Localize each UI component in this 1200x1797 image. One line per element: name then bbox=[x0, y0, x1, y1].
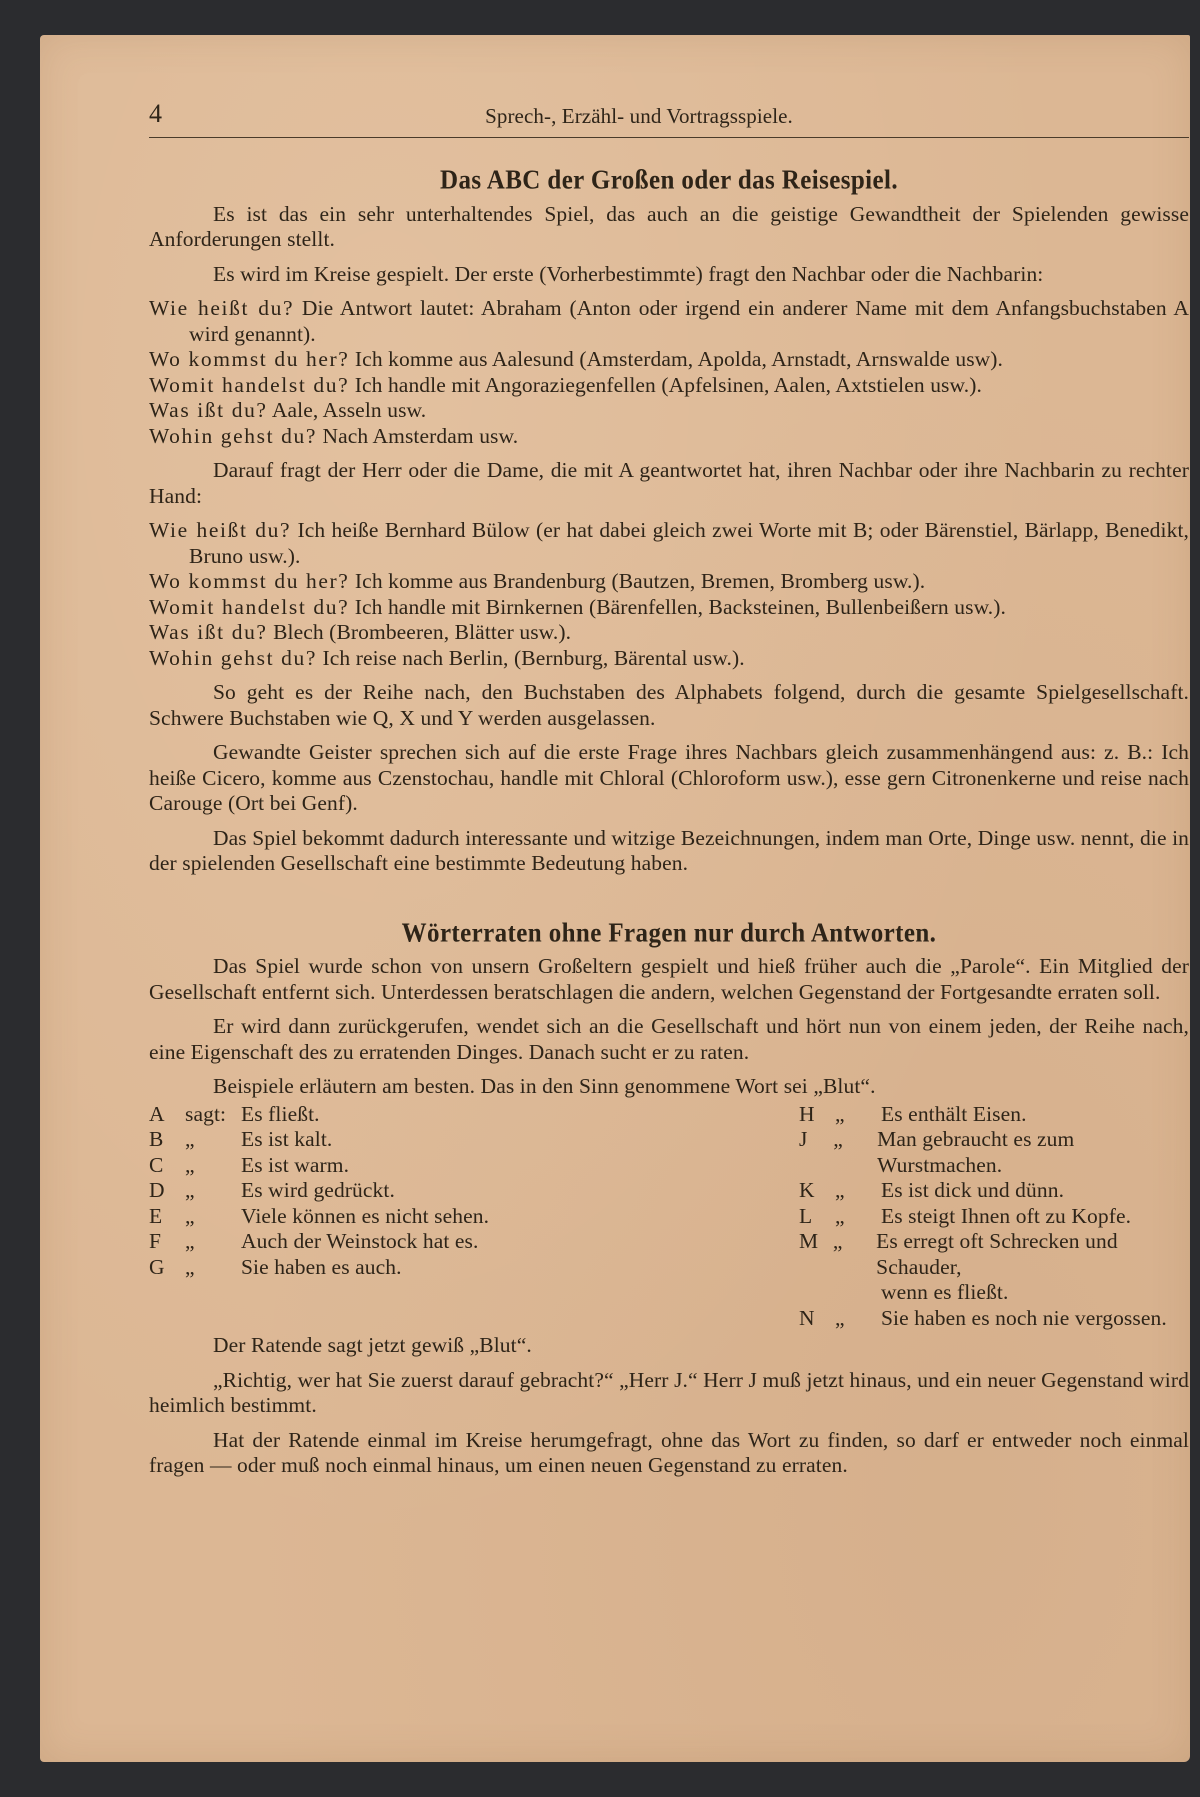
examples-right-column: H„Es enthält Eisen. J„Man gebraucht es z… bbox=[669, 1102, 1189, 1332]
question: Wo kommst du her? bbox=[149, 347, 349, 371]
book-page: 4 Sprech-, Erzähl- und Vortragsspiele. D… bbox=[40, 35, 1190, 1762]
example-row: B„Es ist kalt. bbox=[149, 1127, 669, 1153]
example-letter: A bbox=[149, 1102, 185, 1128]
example-row: D„Es wird gedrückt. bbox=[149, 1178, 669, 1204]
example-row: G„Sie haben es auch. bbox=[149, 1255, 669, 1281]
example-row: L„Es steigt Ihnen oft zu Kopfe. bbox=[799, 1204, 1189, 1230]
qa-item: Was ißt du? Aale, Asseln usw. bbox=[149, 398, 1189, 424]
answer: Ich heiße Bernhard Bülow (er hat dabei g… bbox=[189, 518, 1189, 568]
paragraph: Er wird dann zurückgerufen, wendet sich … bbox=[149, 1014, 1189, 1065]
answer: Ich handle mit Birnkernen (Bärenfellen, … bbox=[355, 595, 1006, 619]
example-row: E„Viele können es nicht sehen. bbox=[149, 1204, 669, 1230]
question: Womit handelst du? bbox=[149, 373, 349, 397]
question: Was ißt du? bbox=[149, 398, 268, 422]
example-ditto: „ bbox=[185, 1229, 241, 1255]
example-row: M„Es erregt oft Schrecken und Schauder, bbox=[799, 1229, 1189, 1280]
answer: Aale, Asseln usw. bbox=[272, 398, 426, 422]
example-ditto: „ bbox=[835, 1306, 881, 1332]
example-text: Sie haben es auch. bbox=[241, 1255, 402, 1281]
example-row: C„Es ist warm. bbox=[149, 1153, 669, 1179]
page-header: 4 Sprech-, Erzähl- und Vortragsspiele. bbox=[149, 101, 1189, 138]
example-text: Es fließt. bbox=[241, 1102, 320, 1128]
example-letter: H bbox=[799, 1102, 835, 1128]
section-title-woerterraten: Wörterraten ohne Fragen nur durch Antwor… bbox=[149, 919, 1189, 947]
qa-item: Wie heißt du? Ich heiße Bernhard Bülow (… bbox=[149, 518, 1189, 569]
qa-list-b: Wie heißt du? Ich heiße Bernhard Bülow (… bbox=[149, 518, 1189, 671]
answer: Blech (Brombeeren, Blätter usw.). bbox=[273, 620, 571, 644]
example-text: Sie haben es noch nie vergossen. bbox=[881, 1306, 1167, 1332]
example-text: Es steigt Ihnen oft zu Kopfe. bbox=[881, 1204, 1131, 1230]
qa-item: Wo kommst du her? Ich komme aus Brandenb… bbox=[149, 569, 1189, 595]
paragraph: Gewandte Geister sprechen sich auf die e… bbox=[149, 740, 1189, 817]
qa-item: Wie heißt du? Die Antwort lautet: Abraha… bbox=[149, 296, 1189, 347]
example-ditto: „ bbox=[185, 1178, 241, 1204]
example-ditto: „ bbox=[185, 1153, 241, 1179]
example-ditto: „ bbox=[185, 1127, 241, 1153]
answer: Ich handle mit Angoraziegenfellen (Apfel… bbox=[355, 373, 982, 397]
paragraph: Das Spiel wurde schon von unsern Großelt… bbox=[149, 954, 1189, 1005]
example-letter: B bbox=[149, 1127, 185, 1153]
example-text: Es ist kalt. bbox=[241, 1127, 332, 1153]
qa-item: Was ißt du? Blech (Brombeeren, Blätter u… bbox=[149, 620, 1189, 646]
qa-item: Womit handelst du? Ich handle mit Birnke… bbox=[149, 595, 1189, 621]
running-title: Sprech-, Erzähl- und Vortragsspiele. bbox=[149, 104, 1129, 130]
example-ditto: „ bbox=[185, 1255, 241, 1281]
paragraph: Darauf fragt der Herr oder die Dame, die… bbox=[149, 458, 1189, 509]
qa-item: Wohin gehst du? Ich reise nach Berlin, (… bbox=[149, 646, 1189, 672]
question: Wie heißt du? bbox=[149, 296, 294, 320]
question: Wo kommst du her? bbox=[149, 569, 349, 593]
examples-grid: Asagt:Es fließt. B„Es ist kalt. C„Es ist… bbox=[149, 1102, 1189, 1332]
answer: Ich reise nach Berlin, (Bernburg, Bärent… bbox=[322, 646, 744, 670]
paragraph: Der Ratende sagt jetzt gewiß „Blut“. bbox=[149, 1333, 1189, 1359]
paragraph: „Richtig, wer hat Sie zuerst darauf gebr… bbox=[149, 1368, 1189, 1419]
example-ditto: sagt: bbox=[185, 1102, 241, 1128]
example-ditto: „ bbox=[835, 1204, 881, 1230]
example-ditto: „ bbox=[833, 1229, 876, 1280]
example-text: Viele können es nicht sehen. bbox=[241, 1204, 489, 1230]
example-text: Es ist dick und dünn. bbox=[881, 1178, 1064, 1204]
example-letter: F bbox=[149, 1229, 185, 1255]
qa-item: Womit handelst du? Ich handle mit Angora… bbox=[149, 373, 1189, 399]
paragraph: Es wird im Kreise gespielt. Der erste (V… bbox=[149, 262, 1189, 288]
example-row: Asagt:Es fließt. bbox=[149, 1102, 669, 1128]
example-row: F„Auch der Weinstock hat es. bbox=[149, 1229, 669, 1255]
paragraph: Das Spiel bekommt dadurch interessante u… bbox=[149, 826, 1189, 877]
example-row: K„Es ist dick und dünn. bbox=[799, 1178, 1189, 1204]
example-row: H„Es enthält Eisen. bbox=[799, 1102, 1189, 1128]
paragraph: Es ist das ein sehr unterhaltendes Spiel… bbox=[149, 202, 1189, 253]
example-text: Es wird gedrückt. bbox=[241, 1178, 395, 1204]
page-content: 4 Sprech-, Erzähl- und Vortragsspiele. D… bbox=[149, 101, 1189, 1488]
example-letter: C bbox=[149, 1153, 185, 1179]
example-letter: D bbox=[149, 1178, 185, 1204]
answer: Ich komme aus Aalesund (Amsterdam, Apold… bbox=[355, 347, 1003, 371]
example-ditto: „ bbox=[835, 1102, 881, 1128]
example-text: Man gebraucht es zum Wurstmachen. bbox=[877, 1127, 1189, 1178]
answer: Die Antwort lautet: Abraham (Anton oder … bbox=[189, 296, 1189, 346]
qa-item: Wo kommst du her? Ich komme aus Aalesund… bbox=[149, 347, 1189, 373]
question: Was ißt du? bbox=[149, 620, 268, 644]
example-letter: G bbox=[149, 1255, 185, 1281]
paragraph: Beispiele erläutern am besten. Das in de… bbox=[149, 1074, 1189, 1100]
example-text: Es ist warm. bbox=[241, 1153, 349, 1179]
qa-item: Wohin gehst du? Nach Amsterdam usw. bbox=[149, 424, 1189, 450]
example-ditto: „ bbox=[185, 1204, 241, 1230]
example-row: J„Man gebraucht es zum Wurstmachen. bbox=[799, 1127, 1189, 1178]
example-letter: J bbox=[799, 1127, 833, 1178]
question: Womit handelst du? bbox=[149, 595, 349, 619]
question: Wie heißt du? bbox=[149, 518, 291, 542]
answer: Nach Amsterdam usw. bbox=[322, 424, 518, 448]
example-ditto: „ bbox=[833, 1127, 877, 1178]
examples-left-column: Asagt:Es fließt. B„Es ist kalt. C„Es ist… bbox=[149, 1102, 669, 1332]
example-text: wenn es fließt. bbox=[881, 1280, 1008, 1306]
answer: Ich komme aus Brandenburg (Bautzen, Brem… bbox=[355, 569, 925, 593]
question: Wohin gehst du? bbox=[149, 646, 317, 670]
question: Wohin gehst du? bbox=[149, 424, 317, 448]
example-letter: L bbox=[799, 1204, 835, 1230]
example-letter: K bbox=[799, 1178, 835, 1204]
example-text: Es erregt oft Schrecken und Schauder, bbox=[876, 1229, 1189, 1280]
example-letter: M bbox=[799, 1229, 833, 1280]
paragraph: Hat der Ratende einmal im Kreise herumge… bbox=[149, 1428, 1189, 1479]
example-text: Es enthält Eisen. bbox=[881, 1102, 1027, 1128]
section-title-reisespiel: Das ABC der Großen oder das Reisespiel. bbox=[149, 167, 1189, 195]
example-row: N„Sie haben es noch nie vergossen. bbox=[799, 1306, 1189, 1332]
example-row-continuation: wenn es fließt. bbox=[799, 1280, 1189, 1306]
example-ditto: „ bbox=[835, 1178, 881, 1204]
example-text: Auch der Weinstock hat es. bbox=[241, 1229, 479, 1255]
qa-list-a: Wie heißt du? Die Antwort lautet: Abraha… bbox=[149, 296, 1189, 449]
paragraph: So geht es der Reihe nach, den Buchstabe… bbox=[149, 680, 1189, 731]
example-letter: E bbox=[149, 1204, 185, 1230]
example-letter: N bbox=[799, 1306, 835, 1332]
